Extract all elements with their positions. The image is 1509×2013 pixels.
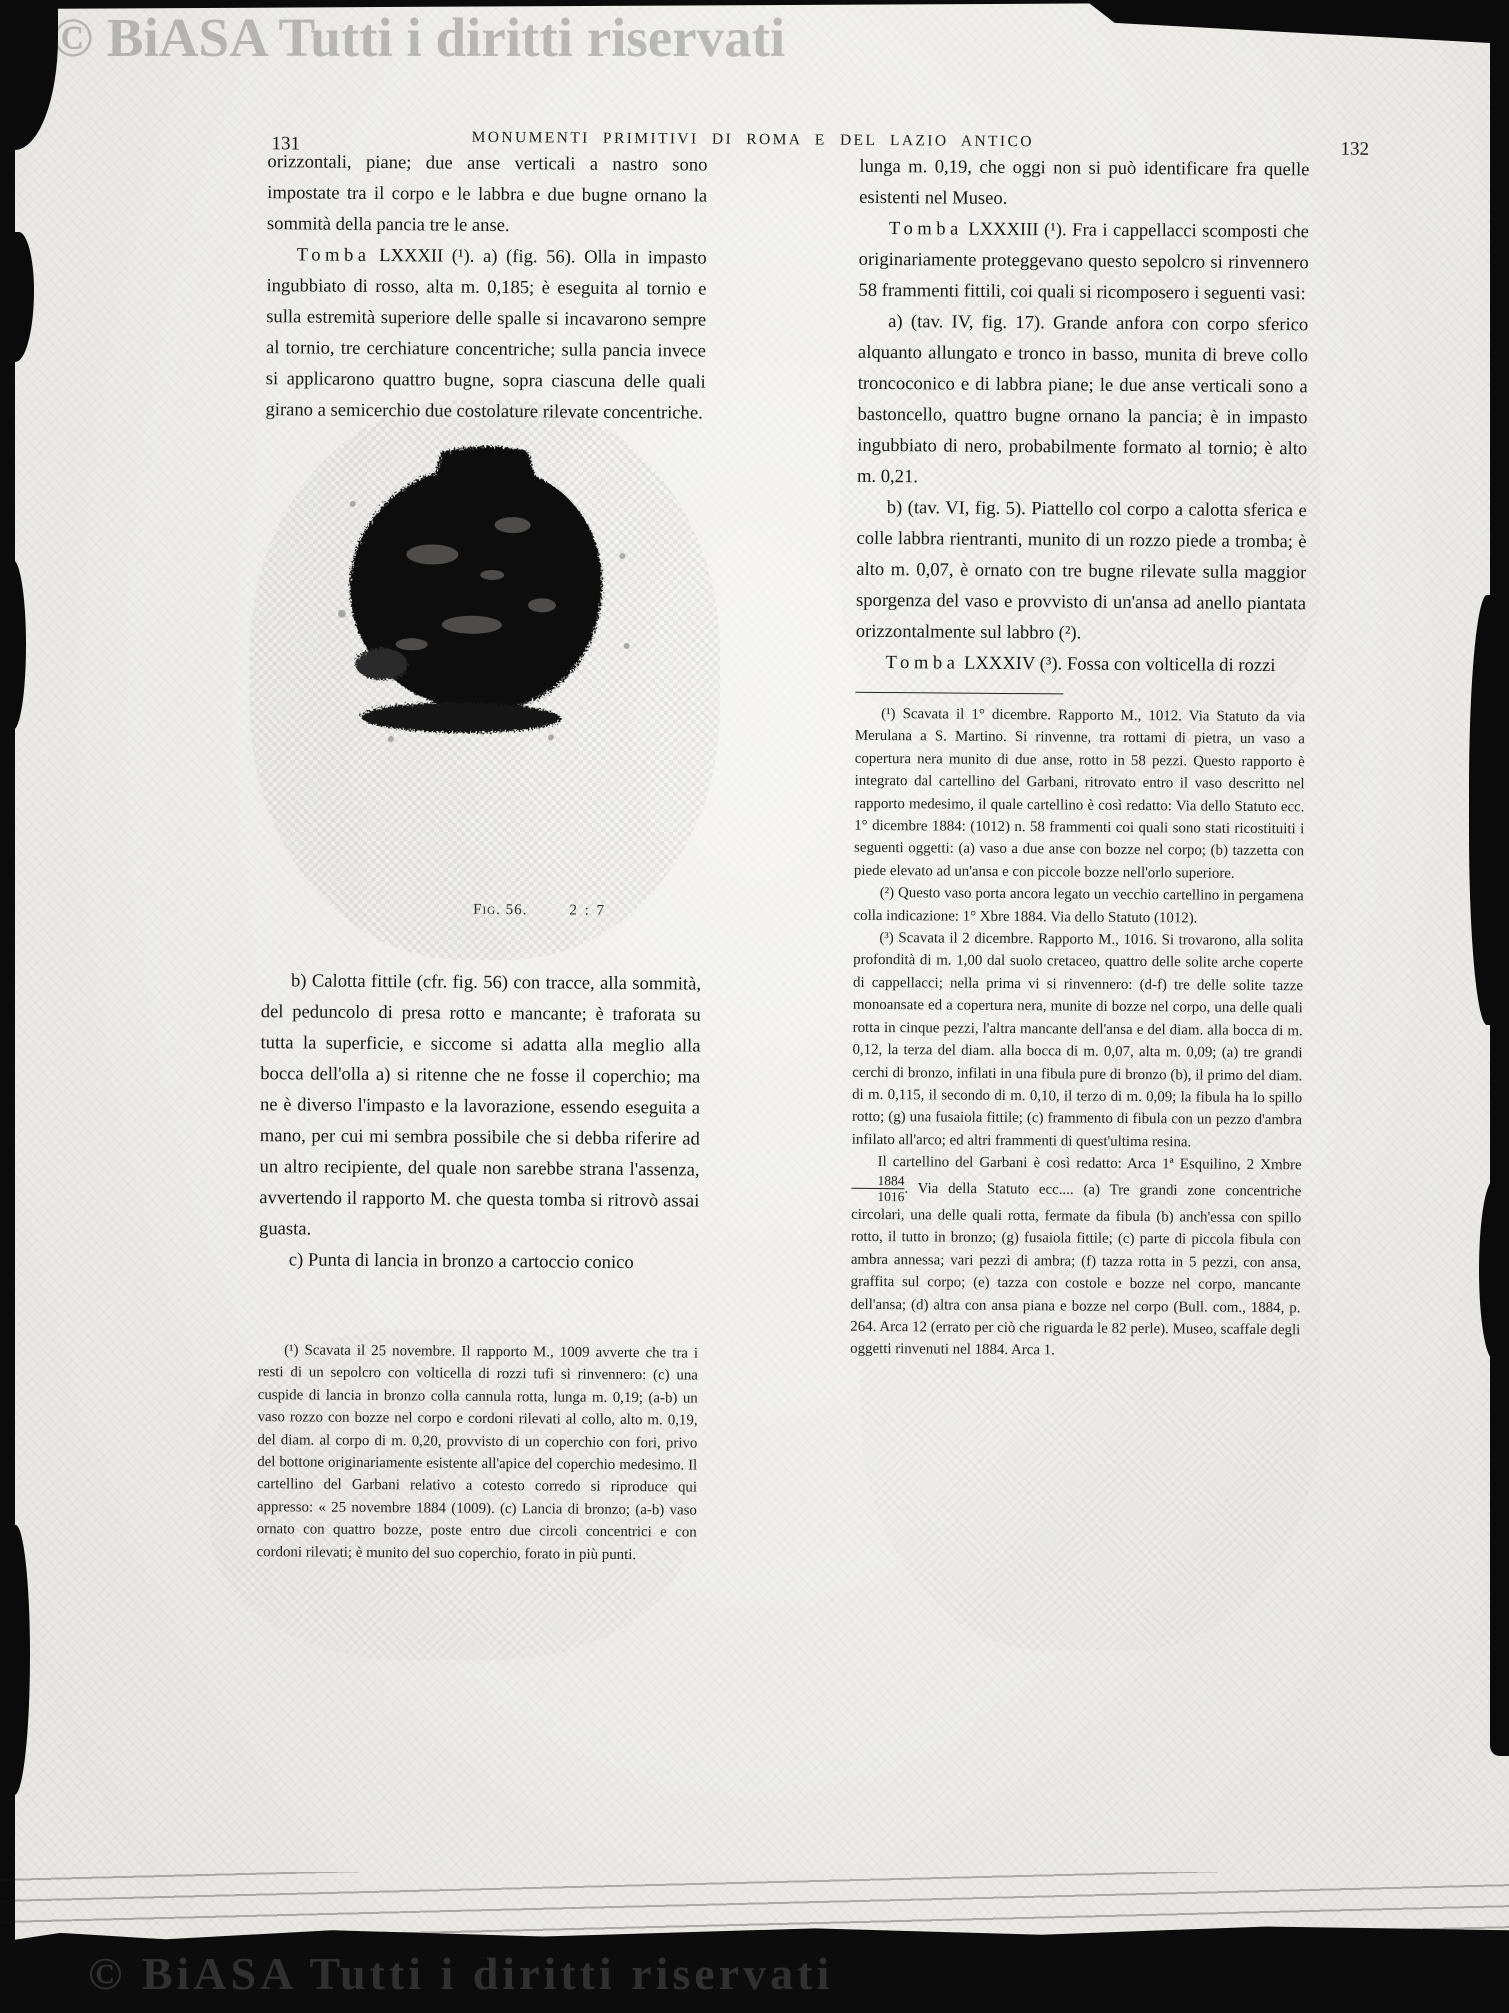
figure-56-caption-scale: 2 : 7 (569, 903, 606, 919)
scan-edge-left-blob-2 (0, 560, 26, 730)
right-column: lunga m. 0,19, che oggi non si può ident… (850, 151, 1309, 1364)
footnote-3-cont-after: . Via della Statuto ecc.... (a) Tre gran… (850, 1180, 1301, 1359)
tomba-84-ref: LXXXIV (³). (959, 653, 1067, 675)
page-number-132: 132 (1340, 139, 1369, 161)
biasa-watermark-top: © BiASA Tutti i diritti riservati (52, 6, 1152, 69)
date-fraction: 18841016 (851, 1173, 904, 1204)
footnote-2-right: (²) Questo vaso porta ancora legato un v… (853, 882, 1303, 930)
paragraph-calotta: b) Calotta fittile (cfr. fig. 56) con tr… (259, 965, 701, 1247)
paragraph-tomba-83: Tomba LXXXIII (¹). Fra i cappellacci sco… (858, 213, 1309, 310)
tomba-84-word: Tomba (885, 652, 959, 674)
fraction-denominator: 1016 (851, 1187, 904, 1204)
scan-bottom-streaks (0, 1872, 1509, 1934)
paragraph-continuation-right: lunga m. 0,19, che oggi non si può ident… (859, 151, 1309, 217)
tomba-82-ref: LXXXII (¹). (371, 245, 484, 267)
scan-edge-right-blob-1 (1469, 595, 1509, 1025)
footnote-separator (855, 692, 1063, 695)
tomba-84-body: Fossa con volticella di rozzi (1067, 653, 1276, 676)
tomba-82-word: Tomba (297, 244, 371, 266)
figure-56-caption: Fig. 56.2 : 7 (319, 894, 759, 928)
olla-vase-image (321, 414, 644, 757)
figure-56-caption-label: Fig. 56. (473, 902, 527, 918)
paragraph-tomba-84: Tomba LXXXIV (³). Fossa con volticella d… (855, 647, 1305, 682)
biasa-watermark-bottom: © BiASA Tutti i diritti riservati (88, 1947, 1438, 2000)
scanned-page: 131 MONUMENTI PRIMITIVI DI ROMA E DEL LA… (0, 0, 1509, 2013)
right-footnotes: (¹) Scavata il 1° dicembre. Rapporto M.,… (850, 703, 1305, 1364)
paragraph-tomba-82: Tomba LXXXII (¹). a) (fig. 56). Olla in … (265, 239, 706, 428)
paragraph-punta-lancia: c) Punta di lancia in bronzo a cartoccio… (259, 1244, 699, 1278)
scan-edge-right-blob-2 (1479, 1180, 1509, 1360)
paragraph-anfora: a) (tav. IV, fig. 17). Grande anfora con… (857, 306, 1308, 496)
left-footnotes: (¹) Scavata il 25 novembre. Il rapporto … (256, 1339, 698, 1567)
fraction-numerator: 1884 (851, 1173, 904, 1188)
footnote-3-right: (³) Scavata il 2 dicembre. Rapporto M., … (852, 927, 1304, 1155)
tomba-82-body: a) (fig. 56). Olla in impasto ingubbiato… (265, 246, 706, 424)
tomba-83-word: Tomba (889, 218, 963, 240)
footnote-3-cont-before: Il cartellino del Garbani è così redatto… (878, 1154, 1302, 1173)
left-column: orizzontali, piane; due anse verticali a… (256, 146, 707, 1566)
tomba-83-ref: LXXXIII (¹). (963, 219, 1072, 241)
paragraph-piattello: b) (tav. VI, fig. 5). Piattello col corp… (856, 492, 1307, 651)
paragraph-continuation-left: orizzontali, piane; due anse verticali a… (267, 146, 708, 242)
footnote-1-left: (¹) Scavata il 25 novembre. Il rapporto … (256, 1339, 698, 1567)
footnote-3-continuation: Il cartellino del Garbani è così redatto… (850, 1151, 1302, 1364)
page-content: 131 MONUMENTI PRIMITIVI DI ROMA E DEL LA… (0, 0, 1509, 2013)
figure-56: Fig. 56.2 : 7 (261, 425, 705, 968)
footnote-1-right: (¹) Scavata il 1° dicembre. Rapporto M.,… (854, 703, 1305, 886)
